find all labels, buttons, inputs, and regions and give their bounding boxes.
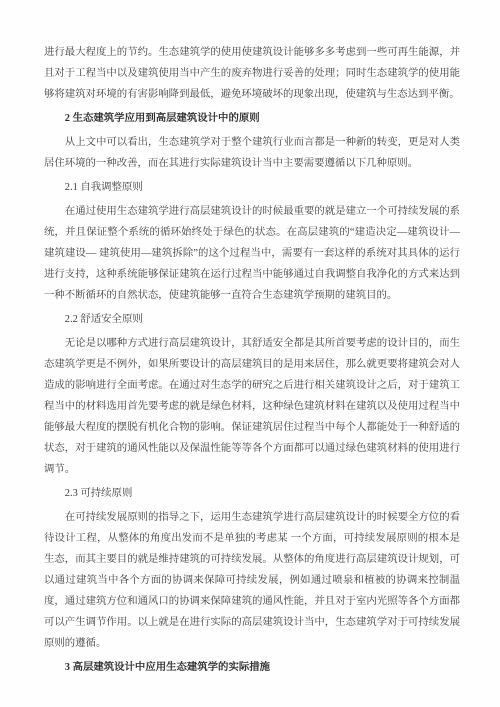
subsection-heading-2-3: 2.3 可持续原则: [44, 483, 460, 504]
paragraph-comfort-safety: 无论是以哪种方式进行高层建筑设计，其舒适安全都是其所首要考虑的设计目的，而生态建…: [44, 333, 460, 480]
paragraph-principles-intro: 从上文中可以看出，生态建筑学对于整个建筑行业而言都是一种新的转变，更是对人类居住…: [44, 132, 460, 174]
paragraph-continuation: 进行最大程度上的节约。生态建筑学的使用使建筑设计能够多多考虑到一些可再生能源，并…: [44, 42, 460, 105]
subsection-heading-2-1: 2.1 自我调整原则: [44, 177, 460, 198]
document-page: 进行最大程度上的节约。生态建筑学的使用使建筑设计能够多多考虑到一些可再生能源，并…: [0, 0, 500, 707]
section-heading-2: 2 生态建筑学应用到高层建筑设计中的原则: [44, 108, 460, 129]
section-heading-3: 3 高层建筑设计中应用生态建筑学的实际措施: [44, 657, 460, 678]
paragraph-sustainability: 在可持续发展原则的指导之下，运用生态建筑学进行高层建筑设计的时候要全方位的看待设…: [44, 507, 460, 654]
subsection-heading-2-2: 2.2 舒适安全原则: [44, 309, 460, 330]
paragraph-self-adjustment: 在通过使用生态建筑学进行高层建筑设计的时候最重要的就是建立一个可持续发展的系统，…: [44, 201, 460, 306]
